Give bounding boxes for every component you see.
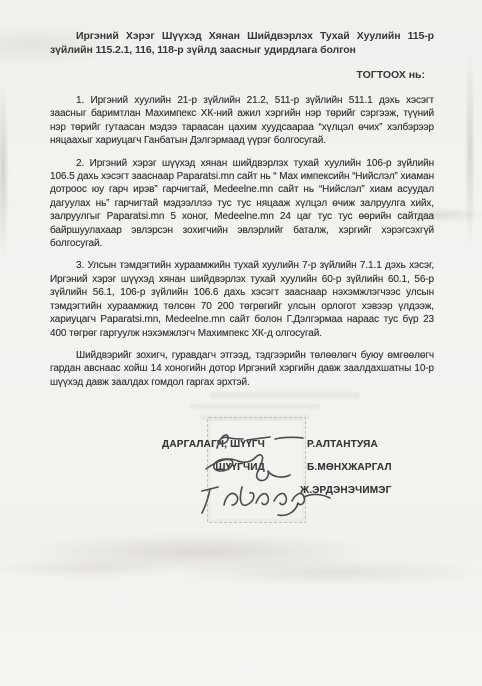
document-body: Иргэний Хэрэг Шүүхэд Хянан Шийдвэрлэх Ту… xyxy=(50,0,434,579)
resolution-heading: ТОГТООХ нь: xyxy=(50,69,425,81)
paragraph-2: 2. Иргэний хэрэг шүүхэд хянан шийдвэрлэх… xyxy=(50,157,434,251)
paragraph-appeal: Шийдвэрийг зохигч, гуравдагч этгээд, тэд… xyxy=(50,349,434,389)
judge-name-altantuya: Р.АЛТАНТУЯА xyxy=(307,439,378,450)
judge-name-munkhjargal: Б.МӨНХЖАРГАЛ xyxy=(307,462,392,473)
paragraph-3: 3. Улсын тэмдэгтийн хураамжийн тухай хуу… xyxy=(50,259,434,339)
preamble-text: Иргэний Хэрэг Шүүхэд Хянан Шийдвэрлэх Ту… xyxy=(50,29,434,57)
scanned-court-decision-page: Иргэний Хэрэг Шүүхэд Хянан Шийдвэрлэх Ту… xyxy=(0,0,482,686)
signature-erdenechimeg xyxy=(198,475,343,519)
signature-block: ДАРГАЛАГЧ, ШҮҮГЧ Р.АЛТАНТУЯА ШҮҮГЧИД Б.М… xyxy=(50,439,434,579)
paragraph-1: 1. Иргэний хуулийн 21-р зүйлийн 21.2, 51… xyxy=(50,94,434,148)
